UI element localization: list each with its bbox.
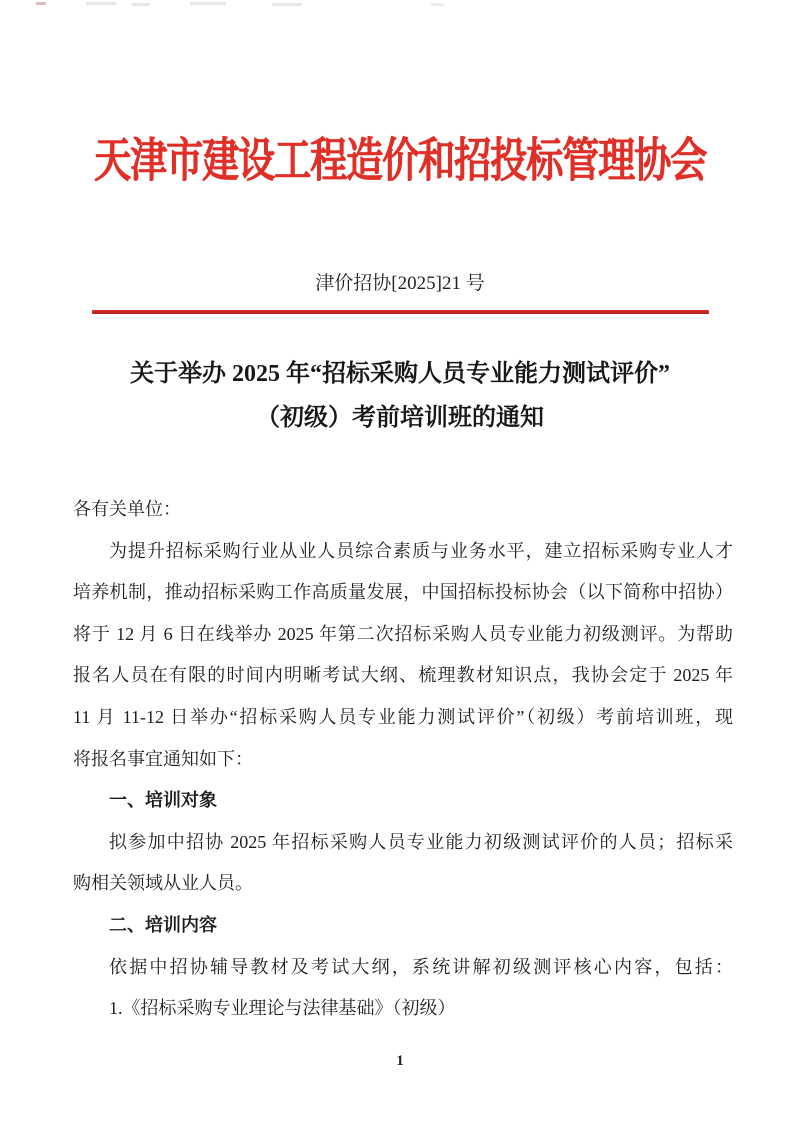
body-line: 11 月 11-12 日举办“招标采购人员专业能力测试评价”（初级）考前培训班，… bbox=[73, 697, 733, 739]
body-line: 拟参加中招协 2025 年招标采购人员专业能力初级测试评价的人员；招标采 bbox=[73, 822, 733, 864]
notice-title-line1: 关于举办 2025 年“招标采购人员专业能力测试评价” bbox=[0, 352, 800, 396]
notice-title: 关于举办 2025 年“招标采购人员专业能力测试评价” （初级）考前培训班的通知 bbox=[0, 352, 800, 440]
divider-rule bbox=[92, 310, 709, 314]
doc-number: 津价招协[2025]21 号 bbox=[0, 272, 800, 296]
scan-artifact bbox=[430, 3, 444, 6]
body-line-list-item: 1.《招标采购专业理论与法律基础》（初级） bbox=[73, 988, 733, 1030]
body-line: 将报名事宜通知如下： bbox=[73, 739, 733, 781]
notice-title-line2: （初级）考前培训班的通知 bbox=[0, 396, 800, 440]
document-page: 天津市建设工程造价和招投标管理协会 津价招协[2025]21 号 关于举办 20… bbox=[0, 0, 800, 1132]
section-heading-1: 一、培训对象 bbox=[73, 780, 733, 822]
body-line: 报名人员在有限的时间内明晰考试大纲、梳理教材知识点，我协会定于 2025 年 bbox=[73, 655, 733, 697]
scan-artifact bbox=[36, 2, 46, 5]
scan-artifact bbox=[190, 2, 226, 5]
org-title: 天津市建设工程造价和招投标管理协会 bbox=[0, 138, 800, 185]
scan-artifact bbox=[132, 3, 150, 6]
body-line: 购相关领域从业人员。 bbox=[73, 863, 733, 905]
body-line: 依据中招协辅导教材及考试大纲，系统讲解初级测评核心内容，包括： bbox=[73, 947, 733, 989]
body-line-salutation: 各有关单位： bbox=[73, 489, 733, 531]
body-line: 将于 12 月 6 日在线举办 2025 年第二次招标采购人员专业能力初级测评。… bbox=[73, 614, 733, 656]
page-number: 1 bbox=[0, 1050, 800, 1072]
scan-artifact bbox=[272, 3, 302, 6]
scan-artifact bbox=[86, 2, 116, 5]
section-heading-2: 二、培训内容 bbox=[73, 905, 733, 947]
body-line: 为提升招标采购行业从业人员综合素质与业务水平，建立招标采购专业人才 bbox=[73, 531, 733, 573]
body-line: 培养机制，推动招标采购工作高质量发展，中国招标投标协会（以下简称中招协） bbox=[73, 572, 733, 614]
body-text: 各有关单位： 为提升招标采购行业从业人员综合素质与业务水平，建立招标采购专业人才… bbox=[73, 489, 733, 1030]
